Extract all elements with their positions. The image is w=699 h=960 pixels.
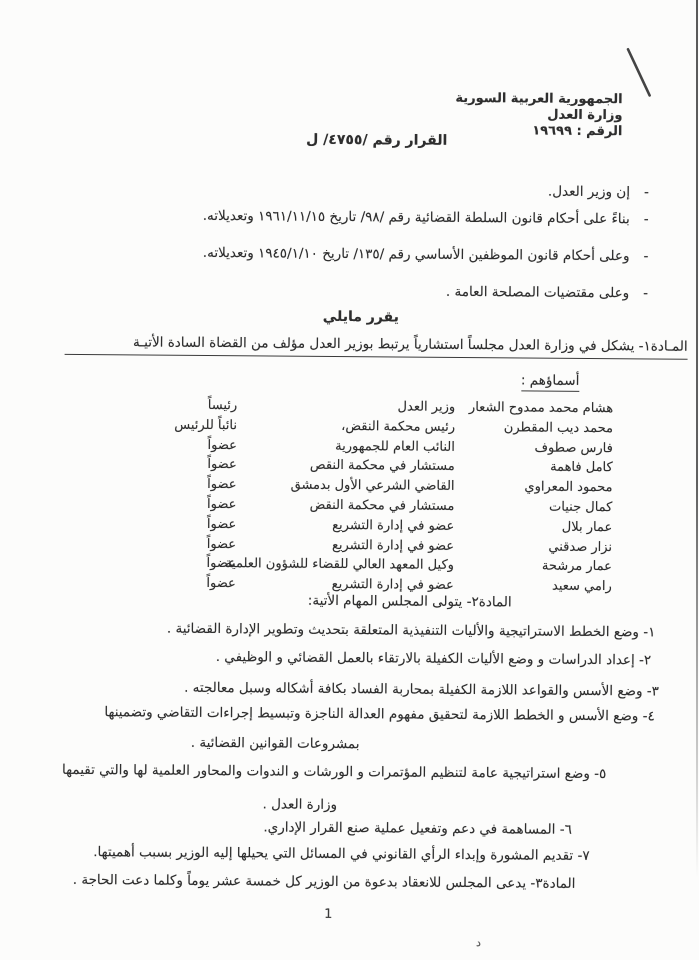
member-role: نائباً للرئيس <box>92 415 237 436</box>
task-item-6: ٦- المساهمة في دعم وتفعيل عملية صنع القر… <box>263 819 572 837</box>
member-name: فارس صطوف <box>455 437 613 458</box>
preamble-item: -وعلى أحكام قانون الموظفين الأساسي رقم /… <box>203 245 649 264</box>
task-item-1: ١- وضع الخطط الاستراتيجية والأليات التنف… <box>167 621 656 641</box>
scan-edge-artifact <box>696 0 698 878</box>
member-role: عضواً <box>91 573 236 594</box>
member-position: مستشار في محكمة النقض <box>236 495 454 517</box>
decree-number-line: القرار رقم /٤٧٥٥/ ل <box>306 132 447 149</box>
member-name: محمد ديب المقطرن <box>455 418 613 439</box>
task-item-7: ٧- تقديم المشورة وإبداء الرأي القانوني ف… <box>93 844 590 864</box>
task-item-4: ٤- وضع الأسس و الخطط اللازمة لتحقيق مفهو… <box>104 704 654 724</box>
member-name: هشام محمد ممدوح الشعار <box>455 398 613 419</box>
member-name: كامل فاهمة <box>455 457 613 478</box>
member-name: كمال جنيات <box>454 497 612 518</box>
preamble-text: إن وزير العدل. <box>548 184 630 201</box>
letterhead-country: الجمهورية العربية السورية <box>455 91 622 108</box>
members-table: هشام محمد ممدوح الشعاروزير العدلرئيساً م… <box>91 395 614 597</box>
member-position: النائب العام للجمهورية <box>237 436 455 458</box>
member-role: عضواً <box>92 435 237 456</box>
member-name: عمار بلال <box>454 517 612 538</box>
member-position: القاضي الشرعي الأول بدمشق <box>236 475 454 497</box>
letterhead-ref-number: الرقم : ١٩٦٩٩ <box>455 123 622 140</box>
member-name: محمود المعراوي <box>454 477 612 498</box>
member-position: عضو في إدارة التشريع <box>236 535 454 557</box>
dash-bullet: - <box>644 211 649 227</box>
preamble-item: -إن وزير العدل. <box>548 184 649 201</box>
page-number: 1 <box>324 907 332 922</box>
task-item-2: ٢- إعداد الدراسات و وضع الأليات الكفيلة … <box>216 649 652 668</box>
article-1-text: المـادة١- يشكل في وزارة العدل مجلساً است… <box>65 334 688 360</box>
letterhead-ministry: وزارة العدل <box>455 107 622 124</box>
task-item-5: ٥- وضع استراتيجية عامة لتنظيم المؤتمرات … <box>62 762 606 782</box>
member-role: عضواً <box>91 514 236 535</box>
member-role: عضواً <box>91 474 236 495</box>
member-role: عضواً <box>91 494 236 515</box>
dash-bullet: - <box>644 184 649 200</box>
margin-mark: د <box>476 936 481 949</box>
dash-bullet: - <box>643 248 648 264</box>
member-position: رئيس محكمة النقض، <box>237 416 455 438</box>
letterhead: الجمهورية العربية السورية وزارة العدل ال… <box>455 91 623 140</box>
article-3-text: المادة٣- يدعى المجلس للانعقاد بدعوة من ا… <box>73 872 576 892</box>
member-position: وزير العدل <box>237 396 455 418</box>
member-position: وكيل المعهد العالي للقضاء للشؤون العلمية <box>236 555 454 577</box>
member-role: رئيساً <box>92 395 237 416</box>
preamble-text: بناءً على أحكام قانون السلطة القضائية رق… <box>203 208 630 227</box>
member-role: عضواً <box>91 553 236 574</box>
preamble-item: -بناءً على أحكام قانون السلطة القضائية ر… <box>203 208 649 228</box>
task-item-4-continuation: بمشروعات القوانين القضائية . <box>191 735 360 752</box>
dash-bullet: - <box>643 285 648 301</box>
member-role: عضواً <box>92 454 237 475</box>
pen-stroke-mark <box>616 44 660 104</box>
task-item-3: ٣- وضع الأسس والقواعد اللازمة الكفيلة بم… <box>184 680 659 700</box>
task-item-5-continuation: وزارة العدل . <box>262 796 337 813</box>
article-2-heading: المادة٢- يتولى المجلس المهام الأتية: <box>308 593 512 611</box>
member-name: نزار صدقني <box>454 536 612 557</box>
preamble-text: وعلى أحكام قانون الموظفين الأساسي رقم /١… <box>203 245 630 264</box>
decides-heading: يقرر مايلي <box>323 309 399 326</box>
member-position: مستشار في محكمة النقص <box>237 456 455 478</box>
preamble-item: -وعلى مقتضيات المصلحة العامة . <box>446 284 648 302</box>
scanned-decree: الجمهورية العربية السورية وزارة العدل ال… <box>0 0 699 960</box>
names-label: أسماؤهم : <box>521 372 580 391</box>
member-position: عضو في إدارة التشريع <box>236 515 454 537</box>
member-role: عضواً <box>91 534 236 555</box>
preamble-text: وعلى مقتضيات المصلحة العامة . <box>446 284 629 301</box>
document-page: الجمهورية العربية السورية وزارة العدل ال… <box>0 0 699 960</box>
member-name: عمار مرشحة <box>454 556 612 577</box>
